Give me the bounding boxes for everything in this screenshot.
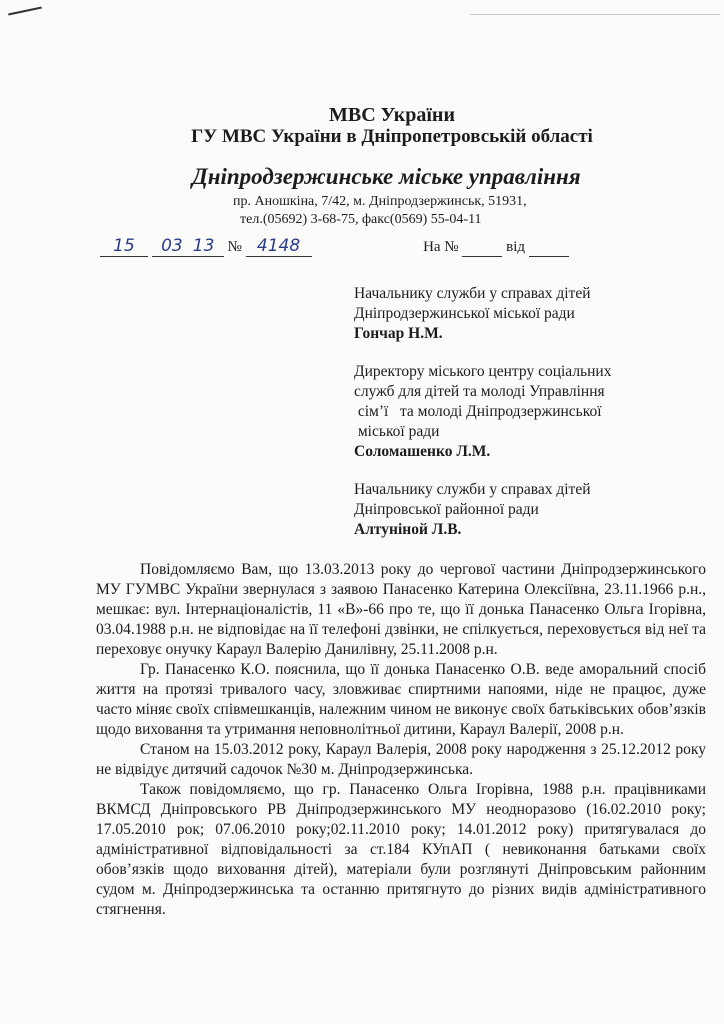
addressee-line: сім’ї та молоді Дніпродзержинської — [354, 402, 611, 422]
reply-to-date-field — [529, 239, 569, 257]
addressee-line: Дніпродзержинської міської ради — [354, 304, 591, 324]
scan-edge-line — [470, 14, 720, 15]
body-paragraph: Станом на 15.03.2012 року, Караул Валері… — [96, 740, 706, 780]
outgoing-number: 4148 — [257, 236, 300, 256]
reply-to-number-field — [462, 239, 502, 257]
document-page: МВС України ГУ МВС України в Дніпропетро… — [0, 0, 724, 1024]
registration-line: 15 0313 № 4148 На № від — [100, 236, 569, 257]
addressee-name: Соломашенко Л.М. — [354, 443, 490, 460]
addressee-name: Гончар Н.М. — [354, 325, 443, 342]
date-day-field: 15 — [100, 236, 148, 257]
addressee-line: служб для дітей та молоді Управління — [354, 382, 611, 402]
number-sign: № — [228, 239, 242, 255]
department-title: ГУ МВС України в Дніпропетровській облас… — [0, 126, 724, 148]
from-label: від — [506, 239, 525, 255]
division-title: Дніпродзержинське міське управління — [192, 164, 581, 190]
address-line: пр. Аношкіна, 7/42, м. Дніпродзержинськ,… — [233, 194, 527, 210]
addressee-line: Начальнику служби у справах дітей — [354, 480, 591, 500]
date-month: 03 — [161, 236, 183, 256]
pen-mark — [8, 6, 42, 15]
ministry-title: МВС України — [0, 104, 724, 127]
addressee-line: Начальнику служби у справах дітей — [354, 284, 591, 304]
addressee-line: міської ради — [354, 422, 611, 442]
addressee-1: Начальнику служби у справах дітей Дніпро… — [354, 284, 591, 344]
body-paragraph: Також повідомляємо, що гр. Панасенко Оль… — [96, 780, 706, 920]
number-field: 4148 — [246, 236, 312, 257]
contacts-line: тел.(05692) 3-68-75, факс(0569) 55-04-11 — [240, 212, 482, 228]
body-paragraph: Гр. Панасенко К.О. пояснила, що її доньк… — [96, 660, 706, 740]
addressee-2: Директору міського центру соціальних слу… — [354, 362, 611, 462]
addressee-name: Алтуніной Л.В. — [354, 521, 461, 538]
addressee-3: Начальнику служби у справах дітей Дніпро… — [354, 480, 591, 540]
date-year: 13 — [193, 236, 215, 256]
addressee-line: Директору міського центру соціальних — [354, 362, 611, 382]
reply-to-label: На № — [423, 239, 459, 255]
date-month-field: 0313 — [152, 236, 224, 257]
letter-body: Повідомляємо Вам, що 13.03.2013 року до … — [96, 560, 706, 920]
date-day: 15 — [113, 236, 135, 256]
body-paragraph: Повідомляємо Вам, що 13.03.2013 року до … — [96, 560, 706, 660]
addressee-line: Дніпровської районної ради — [354, 500, 591, 520]
